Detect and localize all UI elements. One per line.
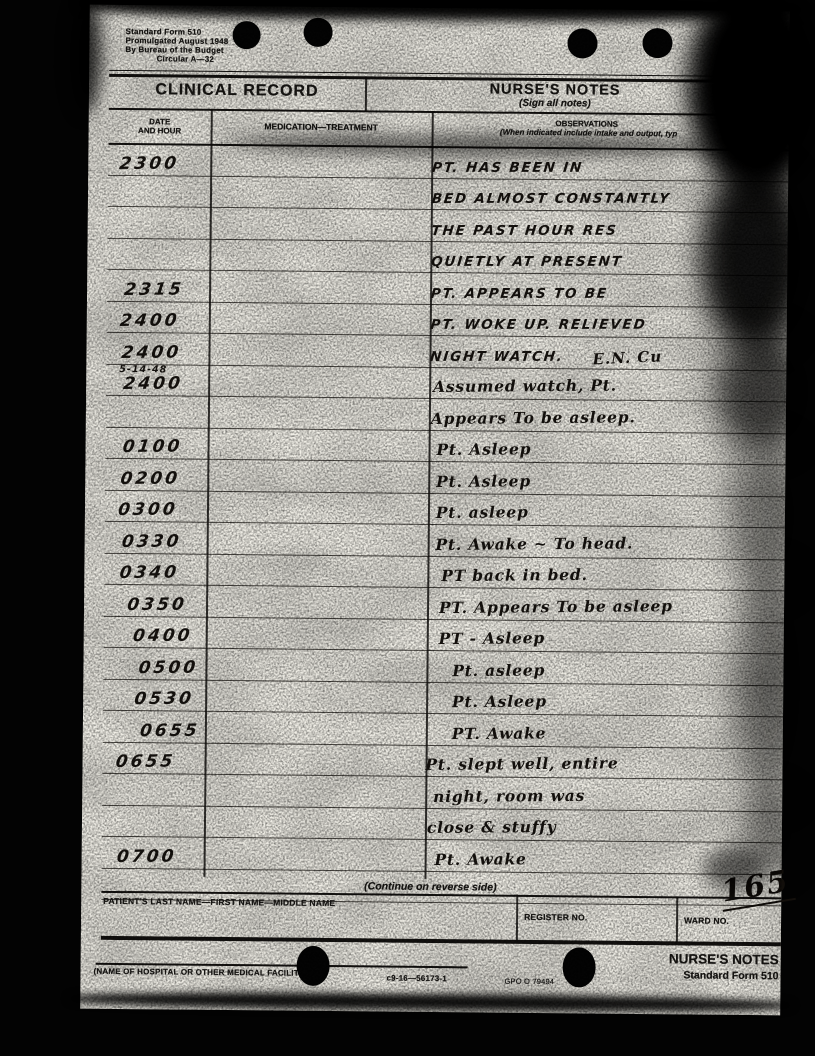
observation-text: THE PAST HOUR RES bbox=[431, 222, 619, 238]
observation-cell: Pt. Awake bbox=[425, 849, 782, 873]
ward-box-divider bbox=[676, 896, 678, 943]
observation-cell: night, room was bbox=[425, 786, 782, 810]
notes-rows: 2300PT. HAS BEEN INBED ALMOST CONSTANTLY… bbox=[101, 144, 788, 906]
register-box-divider bbox=[516, 895, 518, 942]
patient-name-label: PATIENT'S LAST NAME—FIRST NAME—MIDDLE NA… bbox=[103, 896, 335, 908]
time-cell: 0500 bbox=[103, 657, 426, 681]
observation-cell: PT back in bed. bbox=[427, 566, 784, 590]
observation-cell: Pt. Asleep bbox=[428, 471, 785, 495]
time-value: 0655 bbox=[139, 720, 201, 740]
hole-punch-top-2 bbox=[303, 18, 332, 47]
observation-cell: PT. APPEARS TO BE bbox=[430, 284, 787, 306]
observation-cell: PT. HAS BEEN IN bbox=[431, 158, 788, 180]
observation-text: PT back in bed. bbox=[441, 565, 588, 585]
observation-cell: Pt. asleep bbox=[428, 503, 785, 527]
time-value: 2400 bbox=[120, 342, 182, 362]
observation-text: QUIETLY AT PRESENT bbox=[430, 254, 623, 270]
patient-box-bottom-rule bbox=[101, 936, 781, 947]
observation-cell: BED ALMOST CONSTANTLY bbox=[431, 190, 788, 212]
observation-text: Pt. Asleep bbox=[452, 691, 547, 711]
time-value: 0700 bbox=[116, 846, 178, 866]
observation-text: PT. Awake bbox=[452, 723, 547, 743]
scanned-form-paper: Standard Form 510 Promulgated August 194… bbox=[80, 5, 790, 1016]
observation-cell: Pt. asleep bbox=[426, 660, 783, 684]
hole-punch-bottom-2 bbox=[562, 947, 595, 987]
observation-cell: Appears To be asleep. bbox=[429, 408, 786, 432]
time-cell: 5-14-482400 bbox=[106, 374, 429, 398]
time-cell: 2300 bbox=[108, 153, 431, 177]
time-value: 0330 bbox=[121, 531, 183, 551]
time-value: 0350 bbox=[126, 594, 188, 614]
observation-cell: PT. Awake bbox=[426, 723, 783, 747]
observation-text: PT - Asleep bbox=[439, 628, 546, 648]
observation-text: Pt. Awake bbox=[434, 849, 526, 869]
observation-cell: Assumed watch, Pt. bbox=[429, 377, 786, 401]
observation-text: PT. Appears To be asleep bbox=[439, 596, 673, 617]
scanned-page-background: Standard Form 510 Promulgated August 194… bbox=[0, 0, 815, 1056]
observation-cell: Pt. Asleep bbox=[428, 440, 785, 464]
observation-cell: THE PAST HOUR RES bbox=[431, 221, 788, 243]
time-cell: 2400 bbox=[106, 342, 429, 366]
observation-cell: PT. WOKE UP. RELIEVED bbox=[430, 316, 787, 338]
ward-no-label: WARD NO. bbox=[684, 915, 729, 925]
hole-punch-top-3 bbox=[567, 28, 597, 58]
time-value: 0400 bbox=[132, 626, 194, 646]
observation-text: PT. APPEARS TO BE bbox=[430, 285, 609, 301]
sign-all-notes-label: (Sign all notes) bbox=[365, 96, 745, 111]
time-value: 2300 bbox=[118, 153, 180, 173]
observation-cell: close & stuffy bbox=[425, 818, 782, 842]
observation-cell: Pt. Asleep bbox=[426, 692, 783, 716]
observations-column-note: (When indicated include intake and outpu… bbox=[424, 127, 754, 139]
observation-text: PT. HAS BEEN IN bbox=[431, 159, 584, 175]
scan-dark-left-edge bbox=[71, 0, 102, 115]
time-value: 2315 bbox=[123, 279, 185, 299]
print-code: c9-16—56173-1 bbox=[386, 974, 447, 984]
observation-text: Assumed watch, Pt. bbox=[433, 376, 617, 396]
time-cell: 0400 bbox=[104, 626, 427, 650]
date-hour-column-header: AND HOUR bbox=[109, 126, 211, 136]
observation-text: night, room was bbox=[433, 785, 585, 805]
form-id-line: Circular A—32 bbox=[125, 54, 245, 64]
gpo-code: GPO O 79494 bbox=[504, 977, 554, 986]
observation-text: Pt. asleep bbox=[452, 660, 545, 680]
time-value: 2400 bbox=[122, 374, 184, 394]
medication-treatment-column-header: MEDICATION—TREATMENT bbox=[211, 122, 432, 133]
continue-reverse-note: (Continue on reverse side) bbox=[325, 880, 535, 894]
observation-text: Appears To be asleep. bbox=[431, 407, 636, 428]
time-cell: 2400 bbox=[107, 311, 430, 335]
time-cell: 0655 bbox=[103, 720, 426, 744]
hole-punch-bottom-1 bbox=[296, 946, 329, 986]
register-no-label: REGISTER NO. bbox=[524, 912, 587, 923]
observation-cell: QUIETLY AT PRESENT bbox=[430, 253, 787, 275]
facility-label: (NAME OF HOSPITAL OR OTHER MEDICAL FACIL… bbox=[94, 967, 308, 978]
hole-punch-top-4 bbox=[642, 28, 672, 58]
footer-form-name: Standard Form 510 bbox=[630, 969, 778, 982]
time-cell: 0700 bbox=[102, 846, 425, 870]
observation-text: PT. WOKE UP. RELIEVED bbox=[430, 317, 648, 333]
observation-cell: Pt. slept well, entire bbox=[425, 755, 782, 779]
hole-punch-top-1 bbox=[232, 21, 260, 49]
time-cell: 0340 bbox=[104, 563, 427, 587]
time-cell: 0100 bbox=[105, 437, 428, 461]
observation-text: Pt. asleep bbox=[436, 502, 529, 522]
time-value: 0530 bbox=[133, 689, 195, 709]
observation-text: Pt. Awake ~ To head. bbox=[435, 533, 633, 554]
observation-cell: NIGHT WATCH.E.N. Cu bbox=[429, 346, 786, 369]
observation-text: Pt. slept well, entire bbox=[425, 753, 618, 774]
observation-text: NIGHT WATCH. bbox=[429, 348, 564, 364]
observation-text: close & stuffy bbox=[427, 817, 557, 837]
time-value: 2400 bbox=[119, 311, 181, 331]
time-cell: 0200 bbox=[105, 468, 428, 492]
time-cell: 0350 bbox=[104, 594, 427, 618]
time-value: 0500 bbox=[137, 657, 199, 677]
observation-text: BED ALMOST CONSTANTLY bbox=[431, 191, 672, 207]
observation-text: Pt. Asleep bbox=[436, 439, 531, 459]
time-value: 0200 bbox=[119, 468, 181, 488]
time-value: 0340 bbox=[118, 563, 180, 583]
observation-cell: PT - Asleep bbox=[427, 629, 784, 653]
observation-cell: PT. Appears To be asleep bbox=[427, 597, 784, 621]
observation-text: Pt. Asleep bbox=[436, 471, 531, 491]
time-cell: 0530 bbox=[103, 689, 426, 713]
time-cell: 2315 bbox=[107, 279, 430, 303]
footer-nurses-notes-title: NURSE'S NOTES bbox=[631, 951, 779, 967]
scan-dark-bottom-edge bbox=[68, 991, 792, 1014]
time-value: 0100 bbox=[121, 437, 183, 457]
clinical-record-title: CLINICAL RECORD bbox=[109, 81, 365, 101]
scan-dark-top-edge bbox=[78, 0, 802, 23]
time-cell: 0655 bbox=[102, 752, 425, 776]
time-cell: 0300 bbox=[105, 500, 428, 524]
time-value: 0655 bbox=[114, 751, 176, 771]
nurse-signature: E.N. Cu bbox=[592, 347, 662, 368]
time-cell: 0330 bbox=[105, 531, 428, 555]
time-value: 0300 bbox=[117, 500, 179, 520]
form-identification-block: Standard Form 510 Promulgated August 194… bbox=[125, 27, 245, 64]
observation-cell: Pt. Awake ~ To head. bbox=[428, 534, 785, 558]
